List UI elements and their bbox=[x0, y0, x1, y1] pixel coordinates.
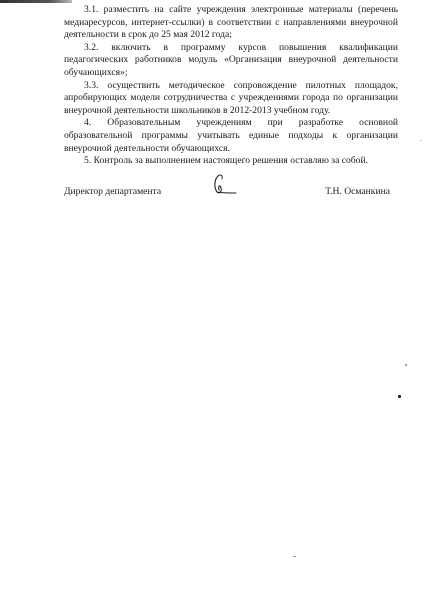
scan-speck bbox=[420, 140, 422, 141]
scan-speck bbox=[398, 395, 401, 398]
signatory-name: Т.Н. Османкина bbox=[325, 186, 390, 197]
paragraph-5: 5. Контроль за выполнением настоящего ре… bbox=[64, 155, 398, 168]
signatory-title: Директор департамента bbox=[64, 186, 161, 197]
signature-block: Директор департамента Т.Н. Османкина bbox=[64, 186, 398, 202]
paragraph-3-1: 3.1. разместить на сайте учреждения элек… bbox=[64, 4, 398, 42]
paragraph-3-3: 3.3. осуществить методическое сопровожде… bbox=[64, 80, 398, 118]
paragraph-3-2: 3.2. включить в программу курсов повышен… bbox=[64, 42, 398, 80]
document-body: 3.1. разместить на сайте учреждения элек… bbox=[64, 4, 398, 168]
scan-speck bbox=[405, 364, 407, 366]
paragraph-4: 4. Образовательным учреждениям при разра… bbox=[64, 117, 398, 155]
scan-speck bbox=[293, 556, 296, 557]
handwritten-signature-icon bbox=[212, 172, 238, 196]
scan-edge-artifact bbox=[0, 0, 72, 3]
